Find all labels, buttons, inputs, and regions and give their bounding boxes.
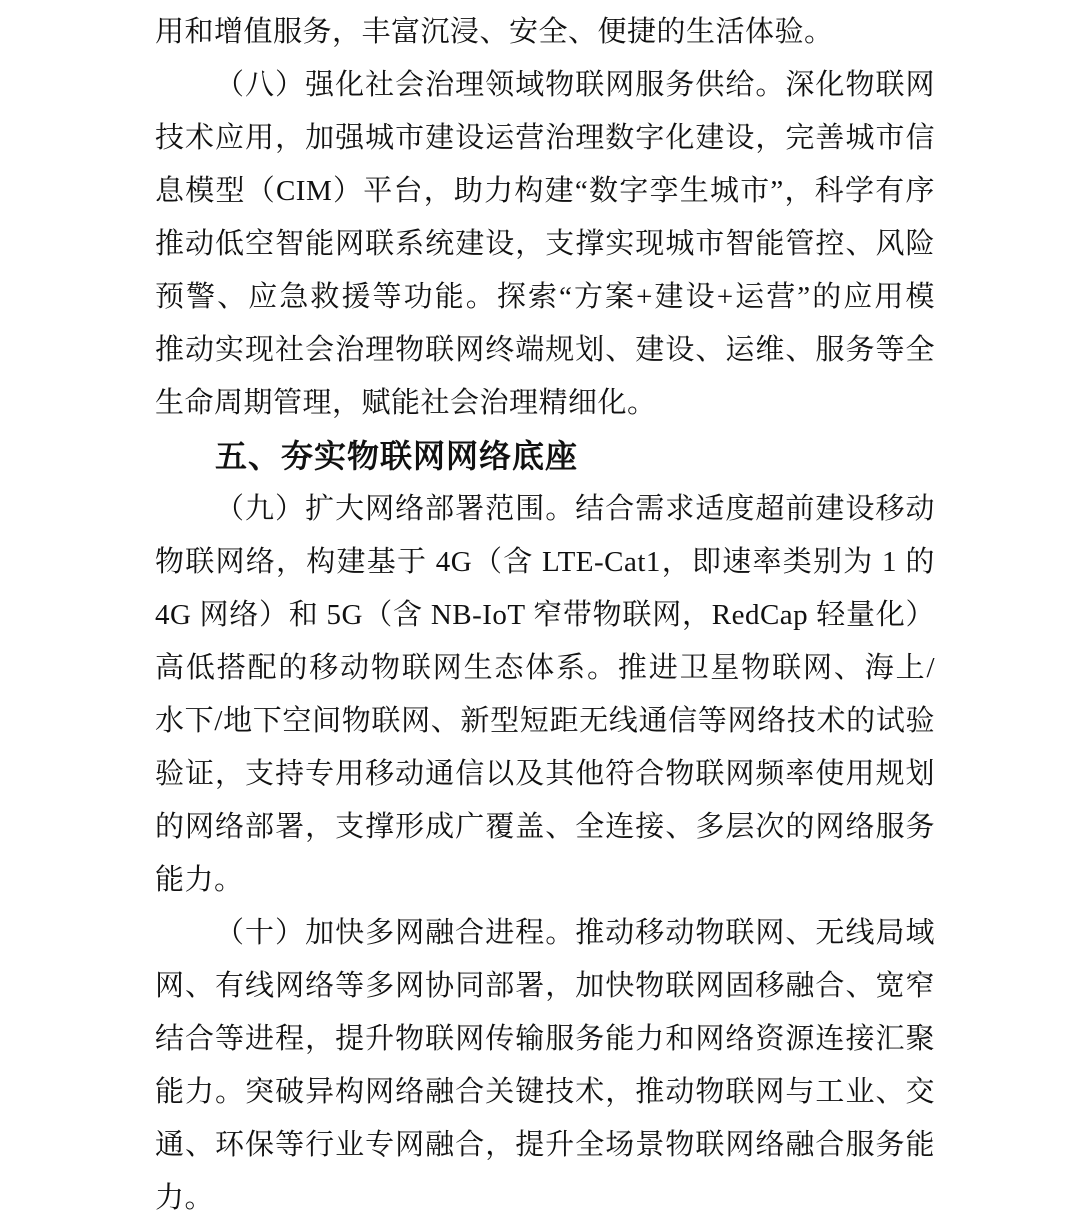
text-line: 4G 网络）和 5G（含 NB-IoT 窄带物联网，RedCap 轻量化） (155, 589, 935, 642)
text-line: 的网络部署，支撑形成广覆盖、全连接、多层次的网络服务 (155, 801, 935, 854)
text-line: 结合等进程，提升物联网传输服务能力和网络资源连接汇聚 (155, 1013, 935, 1066)
text-line: 物联网络，构建基于 4G（含 LTE-Cat1，即速率类别为 1 的 (155, 536, 935, 589)
section-heading: 五、夯实物联网网络底座 (155, 430, 935, 483)
text-line: 用和增值服务，丰富沉浸、安全、便捷的生活体验。 (155, 6, 935, 59)
text-line: 通、环保等行业专网融合，提升全场景物联网络融合服务能 (155, 1119, 935, 1172)
document-page: 用和增值服务，丰富沉浸、安全、便捷的生活体验。 （八）强化社会治理领域物联网服务… (0, 0, 1080, 1228)
text-line: 力。 (155, 1172, 935, 1225)
text-line: 息模型（CIM）平台，助力构建“数字孪生城市”，科学有序 (155, 165, 935, 218)
text-line: 网、有线网络等多网协同部署，加快物联网固移融合、宽窄 (155, 960, 935, 1013)
text-line: 生命周期管理，赋能社会治理精细化。 (155, 377, 935, 430)
text-line: 推动低空智能网联系统建设，支撑实现城市智能管控、风险 (155, 218, 935, 271)
text-line: 技术应用，加强城市建设运营治理数字化建设，完善城市信 (155, 112, 935, 165)
text-line: 推动实现社会治理物联网终端规划、建设、运维、服务等全 (155, 324, 935, 377)
text-line: （八）强化社会治理领域物联网服务供给。深化物联网 (155, 59, 935, 112)
text-line: 水下/地下空间物联网、新型短距无线通信等网络技术的试验 (155, 695, 935, 748)
text-line: （九）扩大网络部署范围。结合需求适度超前建设移动 (155, 483, 935, 536)
text-line: 能力。突破异构网络融合关键技术，推动物联网与工业、交 (155, 1066, 935, 1119)
text-line: （十）加快多网融合进程。推动移动物联网、无线局域 (155, 907, 935, 960)
text-line: 高低搭配的移动物联网生态体系。推进卫星物联网、海上/ (155, 642, 935, 695)
text-line: 验证，支持专用移动通信以及其他符合物联网频率使用规划 (155, 748, 935, 801)
text-line: 预警、应急救援等功能。探索“方案+建设+运营”的应用模式， (155, 271, 935, 324)
document-text-block: 用和增值服务，丰富沉浸、安全、便捷的生活体验。 （八）强化社会治理领域物联网服务… (155, 6, 935, 1225)
text-line: 能力。 (155, 854, 935, 907)
